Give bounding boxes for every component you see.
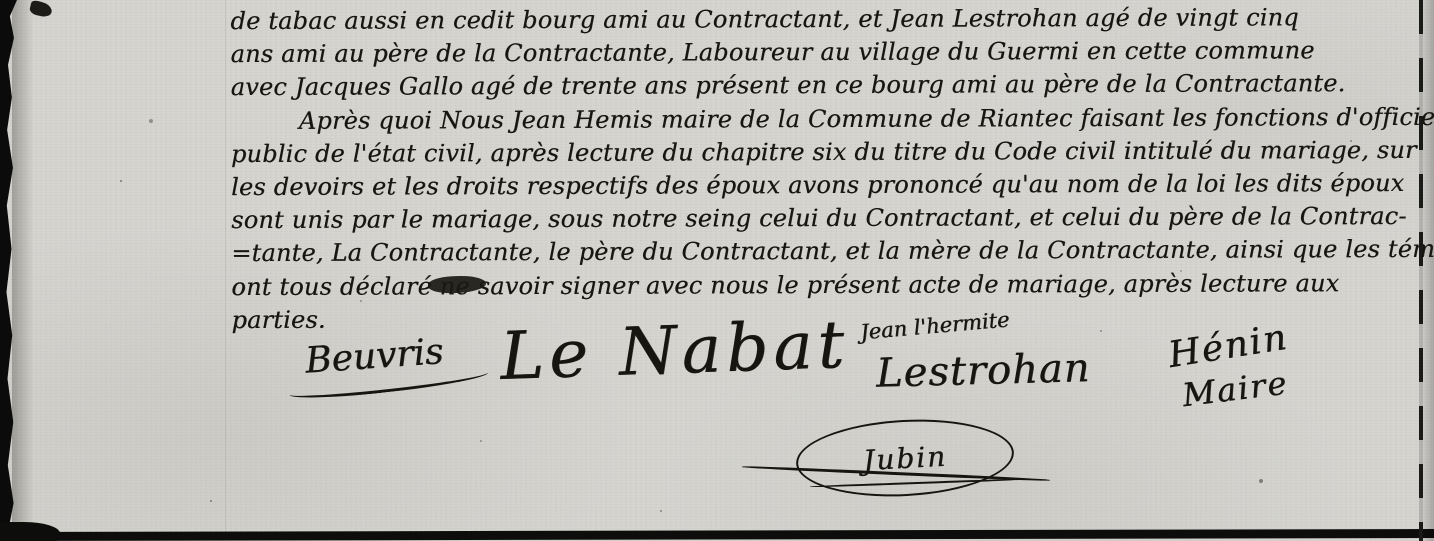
bottom-page-edge xyxy=(0,529,1434,541)
manuscript-line: sont unis par le mariage, sous notre sei… xyxy=(231,200,1431,237)
signature-lestrohan: Lestrohan xyxy=(875,345,1091,397)
bottom-left-corner-edge xyxy=(0,522,60,541)
paper-specks xyxy=(120,180,122,182)
left-binding-shadow xyxy=(12,0,34,541)
manuscript-line: ans ami au père de la Contractante, Labo… xyxy=(231,34,1431,71)
document-page: de tabac aussi en cedit bourg ami au Con… xyxy=(0,0,1434,541)
manuscript-line: avec Jacques Gallo agé de trente ans pré… xyxy=(231,67,1431,104)
oval-paraph: Jubin xyxy=(794,414,1016,501)
manuscript-line: ont tous déclaré ne savoir signer avec n… xyxy=(231,266,1431,303)
signature-beuvris: Beuvris xyxy=(304,331,445,382)
manuscript-line: public de l'état civil, après lecture du… xyxy=(231,134,1431,171)
manuscript-line: les devoirs et les droits respectifs des… xyxy=(231,167,1431,204)
manuscript-line: =tante, La Contractante, le père du Cont… xyxy=(231,233,1431,270)
manuscript-line: Après quoi Nous Jean Hemis maire de la C… xyxy=(231,100,1431,137)
manuscript-line: de tabac aussi en cedit bourg ami au Con… xyxy=(230,1,1430,38)
manuscript-body: de tabac aussi en cedit bourg ami au Con… xyxy=(230,1,1431,337)
signature-le-nabat: Le Nabat xyxy=(499,306,851,395)
left-margin-crease xyxy=(225,0,226,541)
